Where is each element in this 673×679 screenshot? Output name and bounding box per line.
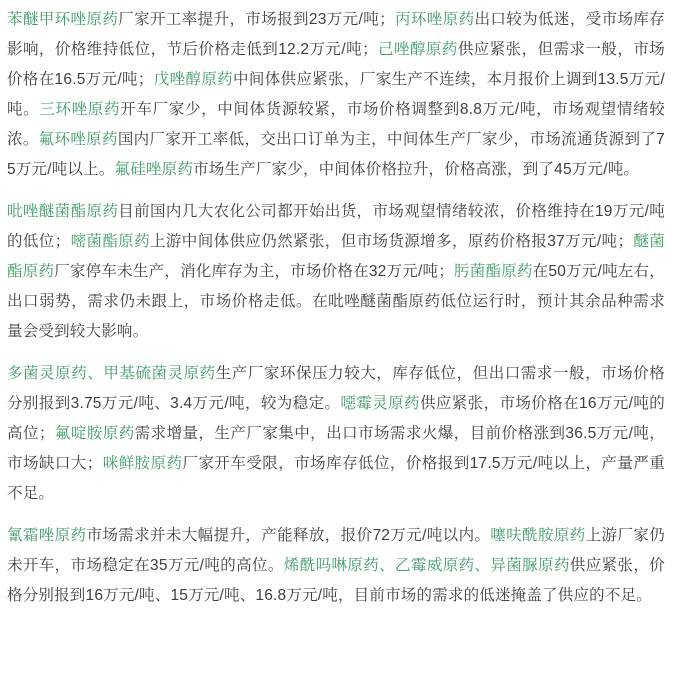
product-term: 丙环唑原药 — [395, 11, 475, 28]
product-term: 氟啶胺原药 — [55, 425, 135, 442]
body-text: 厂家开工率提升，市场报到23万元/吨； — [118, 11, 395, 28]
product-term: 烯酰吗啉原药、乙霉威原药、异菌脲原药 — [284, 557, 570, 574]
article-body: 苯醚甲环唑原药厂家开工率提升，市场报到23万元/吨；丙环唑原药出口较为低迷，受市… — [7, 5, 665, 611]
product-term: 噁霉灵原药 — [340, 395, 420, 412]
product-term: 肟菌酯原药 — [454, 263, 533, 280]
paragraph: 吡唑醚菌酯原药目前国内几大农化公司都开始出货，市场观望情绪较浓，价格维持在19万… — [7, 197, 665, 347]
body-text: 上游中间体供应仍然紧张，但市场货源增多，原药价格报37万元/吨； — [150, 233, 633, 250]
product-term: 嘧菌酯原药 — [70, 233, 150, 250]
product-term: 吡唑醚菌酯原药 — [7, 203, 118, 220]
product-term: 戊唑醇原药 — [154, 71, 233, 88]
body-text: 厂家停车未生产，消化库存为主，市场价格在32万元/吨； — [54, 263, 454, 280]
paragraph: 多菌灵原药、甲基硫菌灵原药生产厂家环保压力较大，库存低位，但出口需求一般，市场价… — [7, 359, 665, 509]
market-report-page: 苯醚甲环唑原药厂家开工率提升，市场报到23万元/吨；丙环唑原药出口较为低迷，受市… — [0, 0, 673, 679]
body-text: 市场生产厂家少，中间体价格拉升，价格高涨，到了45万元/吨。 — [193, 161, 639, 178]
product-term: 多菌灵原药、甲基硫菌灵原药 — [7, 365, 216, 382]
product-term: 咪鲜胺原药 — [102, 455, 182, 472]
product-term: 苯醚甲环唑原药 — [7, 11, 118, 28]
paragraph: 苯醚甲环唑原药厂家开工率提升，市场报到23万元/吨；丙环唑原药出口较为低迷，受市… — [7, 5, 665, 185]
paragraph: 氰霜唑原药市场需求并未大幅提升，产能释放，报价72万元/吨以内。噻呋酰胺原药上游… — [7, 521, 665, 611]
product-term: 氟环唑原药 — [39, 131, 118, 148]
product-term: 己唑醇原药 — [378, 41, 458, 58]
product-term: 三环唑原药 — [39, 101, 120, 118]
product-term: 氰霜唑原药 — [7, 527, 86, 544]
product-term: 噻呋酰胺原药 — [490, 527, 585, 544]
body-text: 市场需求并未大幅提升，产能释放，报价72万元/吨以内。 — [86, 527, 490, 544]
product-term: 氟硅唑原药 — [115, 161, 194, 178]
